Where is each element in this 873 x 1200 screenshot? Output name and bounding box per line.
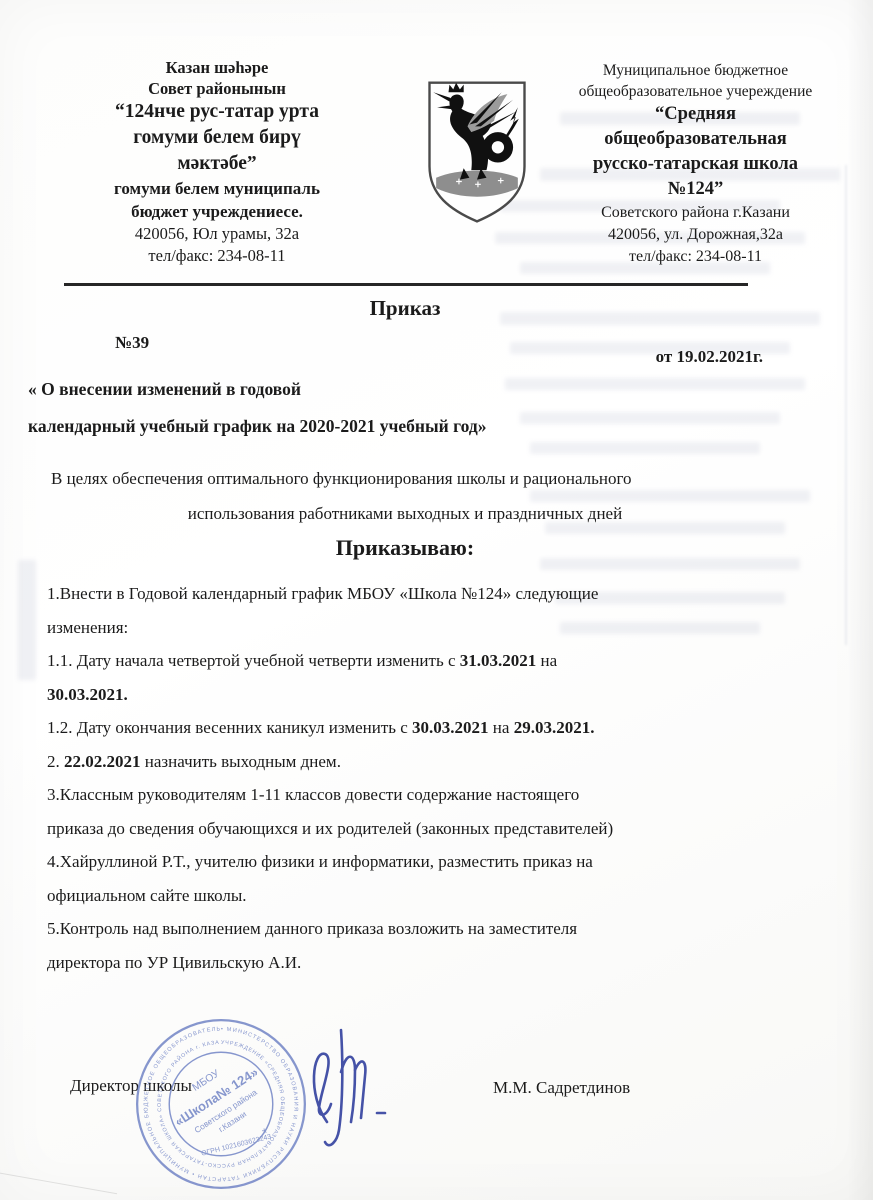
paper-crease (0, 1171, 117, 1195)
director-name: М.М. Садретдинов (493, 1078, 630, 1098)
preamble-line: В целях обеспечения оптимального функцио… (51, 469, 632, 489)
order-line: 5.Контроль над выполнением данного прика… (47, 912, 792, 946)
order-line: 1.2. Дату окончания весенних каникул изм… (47, 711, 792, 745)
order-date-value: 31.03.2021 (460, 651, 537, 670)
letterhead-line: мәктәбе” (62, 151, 372, 177)
letterhead-line: гомуми белем бирү (62, 125, 372, 151)
letterhead-line: общеобразовательная (528, 127, 863, 152)
order-text-segment: приказа до сведения обучающихся и их род… (47, 819, 613, 838)
order-date-value: 22.02.2021 (64, 752, 141, 771)
horizontal-divider (64, 283, 748, 286)
order-text-segment: 1.Внести в Годовой календарный график МБ… (47, 584, 598, 603)
letterhead-line: Муниципальное бюджетное (528, 60, 863, 81)
order-title: Приказ (47, 296, 763, 321)
kazan-coat-of-arms-icon (420, 76, 534, 230)
director-signature (293, 1020, 393, 1165)
order-text-segment: 5.Контроль над выполнением данного прика… (47, 919, 577, 938)
letterhead-line: “124нче рус-татар урта (62, 99, 372, 125)
letterhead-address: 420056, Юл урамы, 32а (62, 223, 372, 245)
order-line: 1.Внести в Годовой календарный график МБ… (47, 577, 792, 611)
order-text-segment: назначить выходным днем. (141, 752, 341, 771)
order-line: изменения: (47, 611, 792, 645)
order-line: 30.03.2021. (47, 678, 792, 712)
scanned-order-document: Казан шәһәре Совет районынын “124нче рус… (0, 0, 873, 1200)
order-line: 3.Классным руководителям 1-11 классов до… (47, 778, 792, 812)
order-subject-line: календарный учебный график на 2020-2021 … (28, 408, 828, 445)
letterhead-line: гомуми белем муниципаль (62, 177, 372, 200)
letterhead-line: общеобразовательное учереждение (528, 81, 863, 102)
order-text-segment: 1.2. Дату окончания весенних каникул изм… (47, 718, 412, 737)
letterhead-district: Советского района г.Казани (528, 202, 863, 224)
letterhead-line: Казан шәһәре (62, 57, 372, 78)
resolution-word: Приказываю: (47, 535, 763, 561)
letterhead-phone: тел/факс: 234-08-11 (528, 246, 863, 268)
order-text-segment: изменения: (47, 618, 128, 637)
order-date-value: 30.03.2021. (47, 685, 128, 704)
letterhead-phone: тел/факс: 234-08-11 (62, 245, 372, 267)
order-subject: « О внесении изменений в годовой календа… (28, 371, 828, 445)
order-line: директора по УР Цивильскую А.И. (47, 946, 792, 980)
order-text-segment: директора по УР Цивильскую А.И. (47, 953, 301, 972)
preamble-line: использования работниками выходных и пра… (47, 504, 763, 524)
order-line: 2. 22.02.2021 назначить выходным днем. (47, 745, 792, 779)
order-date-value: 29.03.2021. (514, 718, 595, 737)
order-text-segment: на (489, 718, 514, 737)
order-line: официальном сайте школы. (47, 879, 792, 913)
order-text-segment: 1.1. Дату начала четвертой учебной четве… (47, 651, 460, 670)
order-date-value: 30.03.2021 (412, 718, 489, 737)
order-text-segment: 3.Классным руководителям 1-11 классов до… (47, 785, 579, 804)
order-text-segment: официальном сайте школы. (47, 886, 247, 905)
letterhead-line: бюджет учреждениесе. (62, 200, 372, 223)
order-line: 4.Хайруллиной Р.Т., учителю физики и инф… (47, 845, 792, 879)
school-seal-stamp: • МИНИСТЕРСТВО ОБРАЗОВАНИЯ И НАУКИ РЕСПУ… (133, 1016, 309, 1192)
order-body: 1.Внести в Годовой календарный график МБ… (47, 577, 792, 979)
order-subject-line: « О внесении изменений в годовой (28, 371, 828, 408)
letterhead-line: “Средняя (528, 102, 863, 127)
letterhead-address: 420056, ул. Дорожная,32а (528, 224, 863, 246)
order-date: от 19.02.2021г. (47, 347, 763, 367)
order-text-segment: на (536, 651, 557, 670)
order-line: приказа до сведения обучающихся и их род… (47, 812, 792, 846)
letterhead-line: №124” (528, 177, 863, 202)
letterhead-line: Совет районынын (62, 78, 372, 99)
letterhead-line: русско-татарская школа (528, 152, 863, 177)
order-line: 1.1. Дату начала четвертой учебной четве… (47, 644, 792, 678)
order-text-segment: 2. (47, 752, 64, 771)
letterhead-russian: Муниципальное бюджетное общеобразователь… (528, 60, 863, 268)
order-text-segment: 4.Хайруллиной Р.Т., учителю физики и инф… (47, 852, 593, 871)
letterhead-tatar: Казан шәһәре Совет районынын “124нче рус… (62, 57, 372, 267)
